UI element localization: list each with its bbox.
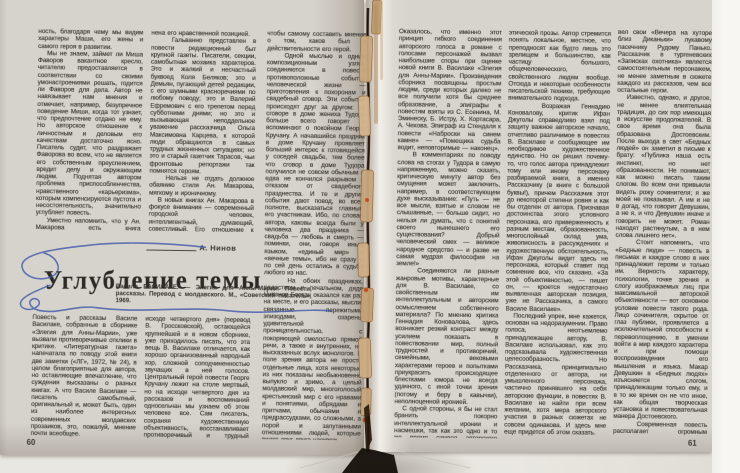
binding-gutter (0, 0, 740, 473)
tape-fragment (358, 0, 383, 416)
gutter-bottom-shadow (342, 448, 398, 473)
right-page-margin (712, 0, 740, 473)
scanned-journal-spread: ность, благодаря чему мы видим характеры… (0, 0, 740, 473)
